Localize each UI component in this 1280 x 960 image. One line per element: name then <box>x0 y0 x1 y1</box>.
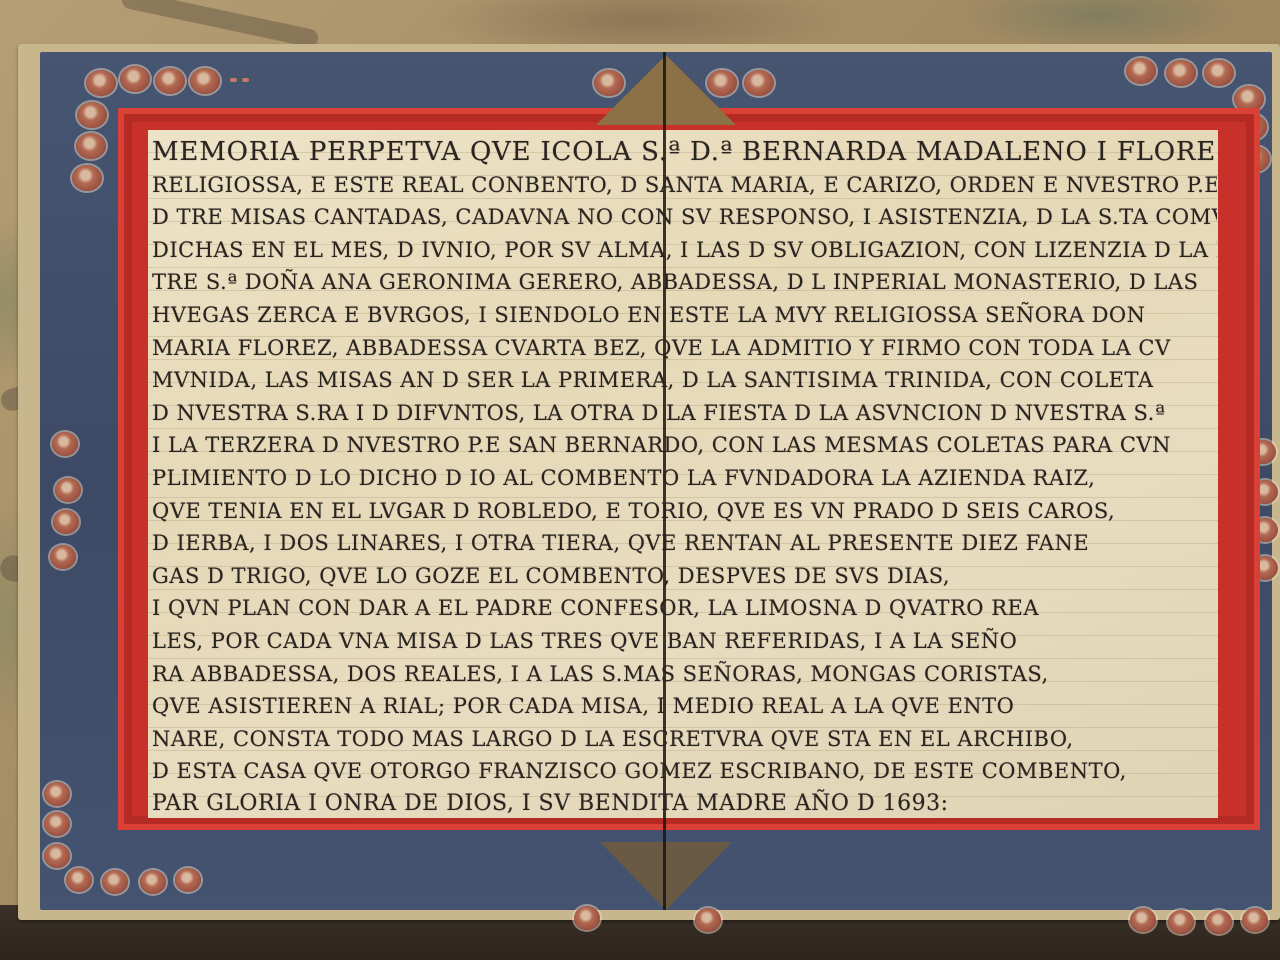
inscription-line: MARIA FLOREZ, ABBADESSA CVARTA BEZ, QVE … <box>152 332 1217 365</box>
inscription-line: QVE ASISTIEREN A RIAL; POR CADA MISA, I … <box>152 690 1217 723</box>
inscription-line: QVE TENIA EN EL LVGAR D ROBLEDO, E TORIO… <box>152 495 1217 528</box>
boss-dot-icon <box>1130 908 1156 932</box>
boss-dot-icon <box>53 510 79 534</box>
inscription-line: HVEGAS ZERCA E BVRGOS, I SIENDOLO EN EST… <box>152 299 1217 332</box>
inscription-text: MEMORIA PERPETVA QVE ICOLA S.ª D.ª BERNA… <box>152 136 1217 820</box>
boss-dot-icon <box>86 70 116 96</box>
inscription-line: NARE, CONSTA TODO MAS LARGO D LA ESCRETV… <box>152 723 1217 756</box>
inscription-line: D TRE MISAS CANTADAS, CADAVNA NO CON SV … <box>152 201 1217 234</box>
inscription-line: D IERBA, I DOS LINARES, I OTRA TIERA, QV… <box>152 527 1217 560</box>
boss-dot-icon <box>50 545 76 569</box>
stroke-tick <box>230 78 237 82</box>
inscription-line-title: MEMORIA PERPETVA QVE ICOLA S.ª D.ª BERNA… <box>152 136 1217 169</box>
boss-dot-icon <box>52 432 78 456</box>
inscription-line: GAS D TRIGO, QVE LO GOZE EL COMBENTO, DE… <box>152 560 1217 593</box>
inscription-line: DICHAS EN EL MES, D IVNIO, POR SV ALMA, … <box>152 234 1217 267</box>
boss-dot-icon <box>76 133 106 159</box>
boss-dot-icon <box>66 868 92 892</box>
boss-dot-icon <box>695 908 721 932</box>
inscription-line: MVNIDA, LAS MISAS AN D SER LA PRIMERA, D… <box>152 364 1217 397</box>
boss-dot-icon <box>190 68 220 94</box>
boss-dot-icon <box>77 102 107 128</box>
boss-dot-icon <box>574 906 600 930</box>
boss-dot-icon <box>1166 60 1196 86</box>
boss-dot-icon <box>1168 910 1194 934</box>
boss-dot-icon <box>44 844 70 868</box>
boss-dot-icon <box>44 782 70 806</box>
boss-dot-icon <box>120 66 150 92</box>
boss-dot-icon <box>1242 908 1268 932</box>
inscription-line: D ESTA CASA QVE OTORGO FRANZISCO GOMEZ E… <box>152 755 1217 788</box>
boss-dot-icon <box>72 165 102 191</box>
boss-dot-icon <box>1206 910 1232 934</box>
stroke-tick <box>242 78 249 82</box>
boss-dot-icon <box>744 70 774 96</box>
boss-dot-icon <box>55 478 81 502</box>
inscription-line: RA ABBADESSA, DOS REALES, I A LAS S.MAS … <box>152 658 1217 691</box>
inscription-line: TRE S.ª DOÑA ANA GERONIMA GERERO, ABBADE… <box>152 266 1217 299</box>
boss-dot-icon <box>175 868 201 892</box>
boss-dot-icon <box>1204 60 1234 86</box>
inscription-line: LES, POR CADA VNA MISA D LAS TRES QVE BA… <box>152 625 1217 658</box>
inscription-line: I LA TERZERA D NVESTRO P.E SAN BERNARDO,… <box>152 429 1217 462</box>
inscription-line: I QVN PLAN CON DAR A EL PADRE CONFESOR, … <box>152 592 1217 625</box>
boss-dot-icon <box>140 870 166 894</box>
top-corner-bracket-icon <box>596 55 736 125</box>
boss-dot-icon <box>102 870 128 894</box>
boss-dot-icon <box>1126 58 1156 84</box>
boss-dot-icon <box>155 68 185 94</box>
inscription-line: PLIMIENTO D LO DICHO D IO AL COMBENTO LA… <box>152 462 1217 495</box>
boss-dot-icon <box>44 812 70 836</box>
inscription-line: RELIGIOSSA, E ESTE REAL CONBENTO, D SANT… <box>152 169 1217 202</box>
inscription-line-date: PAR GLORIA I ONRA DE DIOS, I SV BENDITA … <box>152 788 1217 821</box>
bottom-corner-bracket-icon <box>600 842 732 910</box>
inscription-line: D NVESTRA S.RA I D DIFVNTOS, LA OTRA D L… <box>152 397 1217 430</box>
